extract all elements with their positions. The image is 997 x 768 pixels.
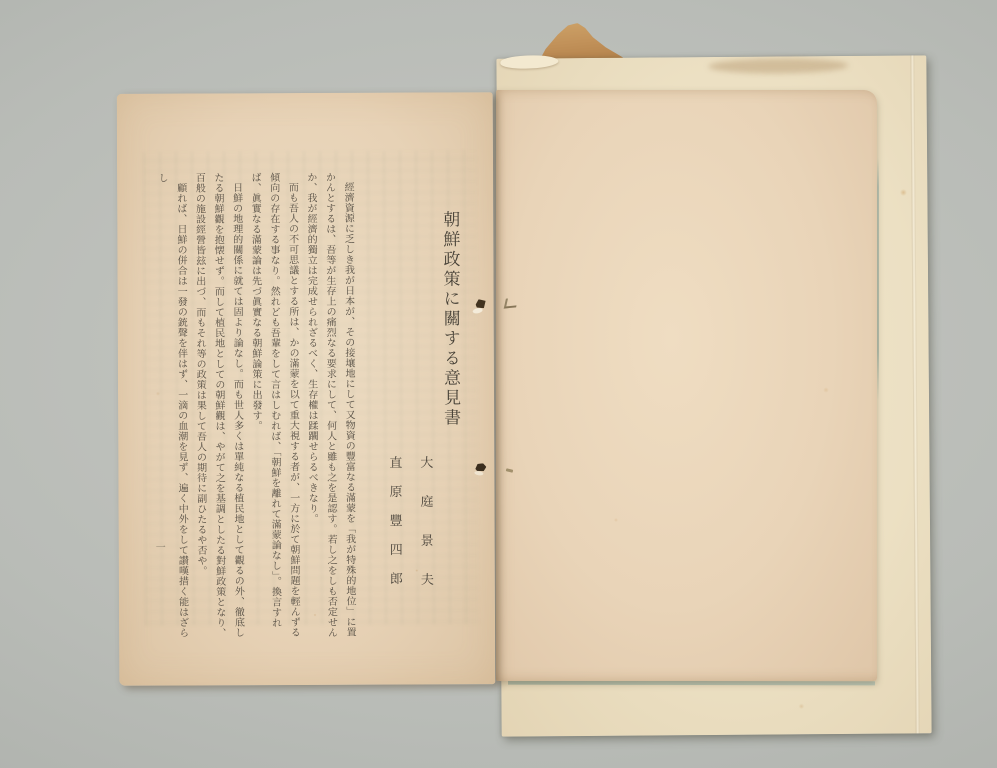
torn-edge-flap (500, 54, 559, 69)
author-block: 大庭景夫 直原豐四郎 (378, 455, 441, 645)
staple-mark (504, 297, 519, 308)
staple-mark (506, 468, 514, 473)
paragraph: 顧れば、日鮮の併合は一發の銃聲を伴はず、一滴の血潮を見ず、遍く中外をして讃嘆措く… (152, 173, 191, 645)
left-page-text: 朝鮮政策に關する意見書 大庭景夫 直原豐四郎 經濟資源に乏しき我が日本が、その接… (117, 92, 496, 686)
right-page-blank (496, 90, 877, 681)
paragraph: 而も吾人の不可思議とする所は、かの滿蒙を以て重大視する者が、一方に於て朝鮮問題を… (244, 172, 302, 644)
author-name: 大庭景夫 (409, 455, 441, 645)
stain-smudge (708, 58, 848, 74)
page-number: 一 (156, 539, 166, 554)
paragraph: 經濟資源に乏しき我が日本が、その接壤地にして又物資の豐富なる滿蒙を「我が特殊的地… (300, 172, 358, 644)
inner-sheet-edge-bottom (508, 681, 875, 686)
body-text: 經濟資源に乏しき我が日本が、その接壤地にして又物資の豐富なる滿蒙を「我が特殊的地… (168, 172, 358, 645)
paragraph: 日鮮の地理的關係に就ては固より論なし。而も世人多くは單純なる植民地として觀るの外… (189, 172, 247, 644)
page-title: 朝鮮政策に關する意見書 (437, 210, 463, 460)
author-name: 直原豐四郎 (378, 456, 410, 646)
document-scan: 朝鮮政策に關する意見書 大庭景夫 直原豐四郎 經濟資源に乏しき我が日本が、その接… (0, 0, 997, 768)
paper-damage-chip (472, 307, 483, 314)
fold-crease (910, 55, 919, 733)
